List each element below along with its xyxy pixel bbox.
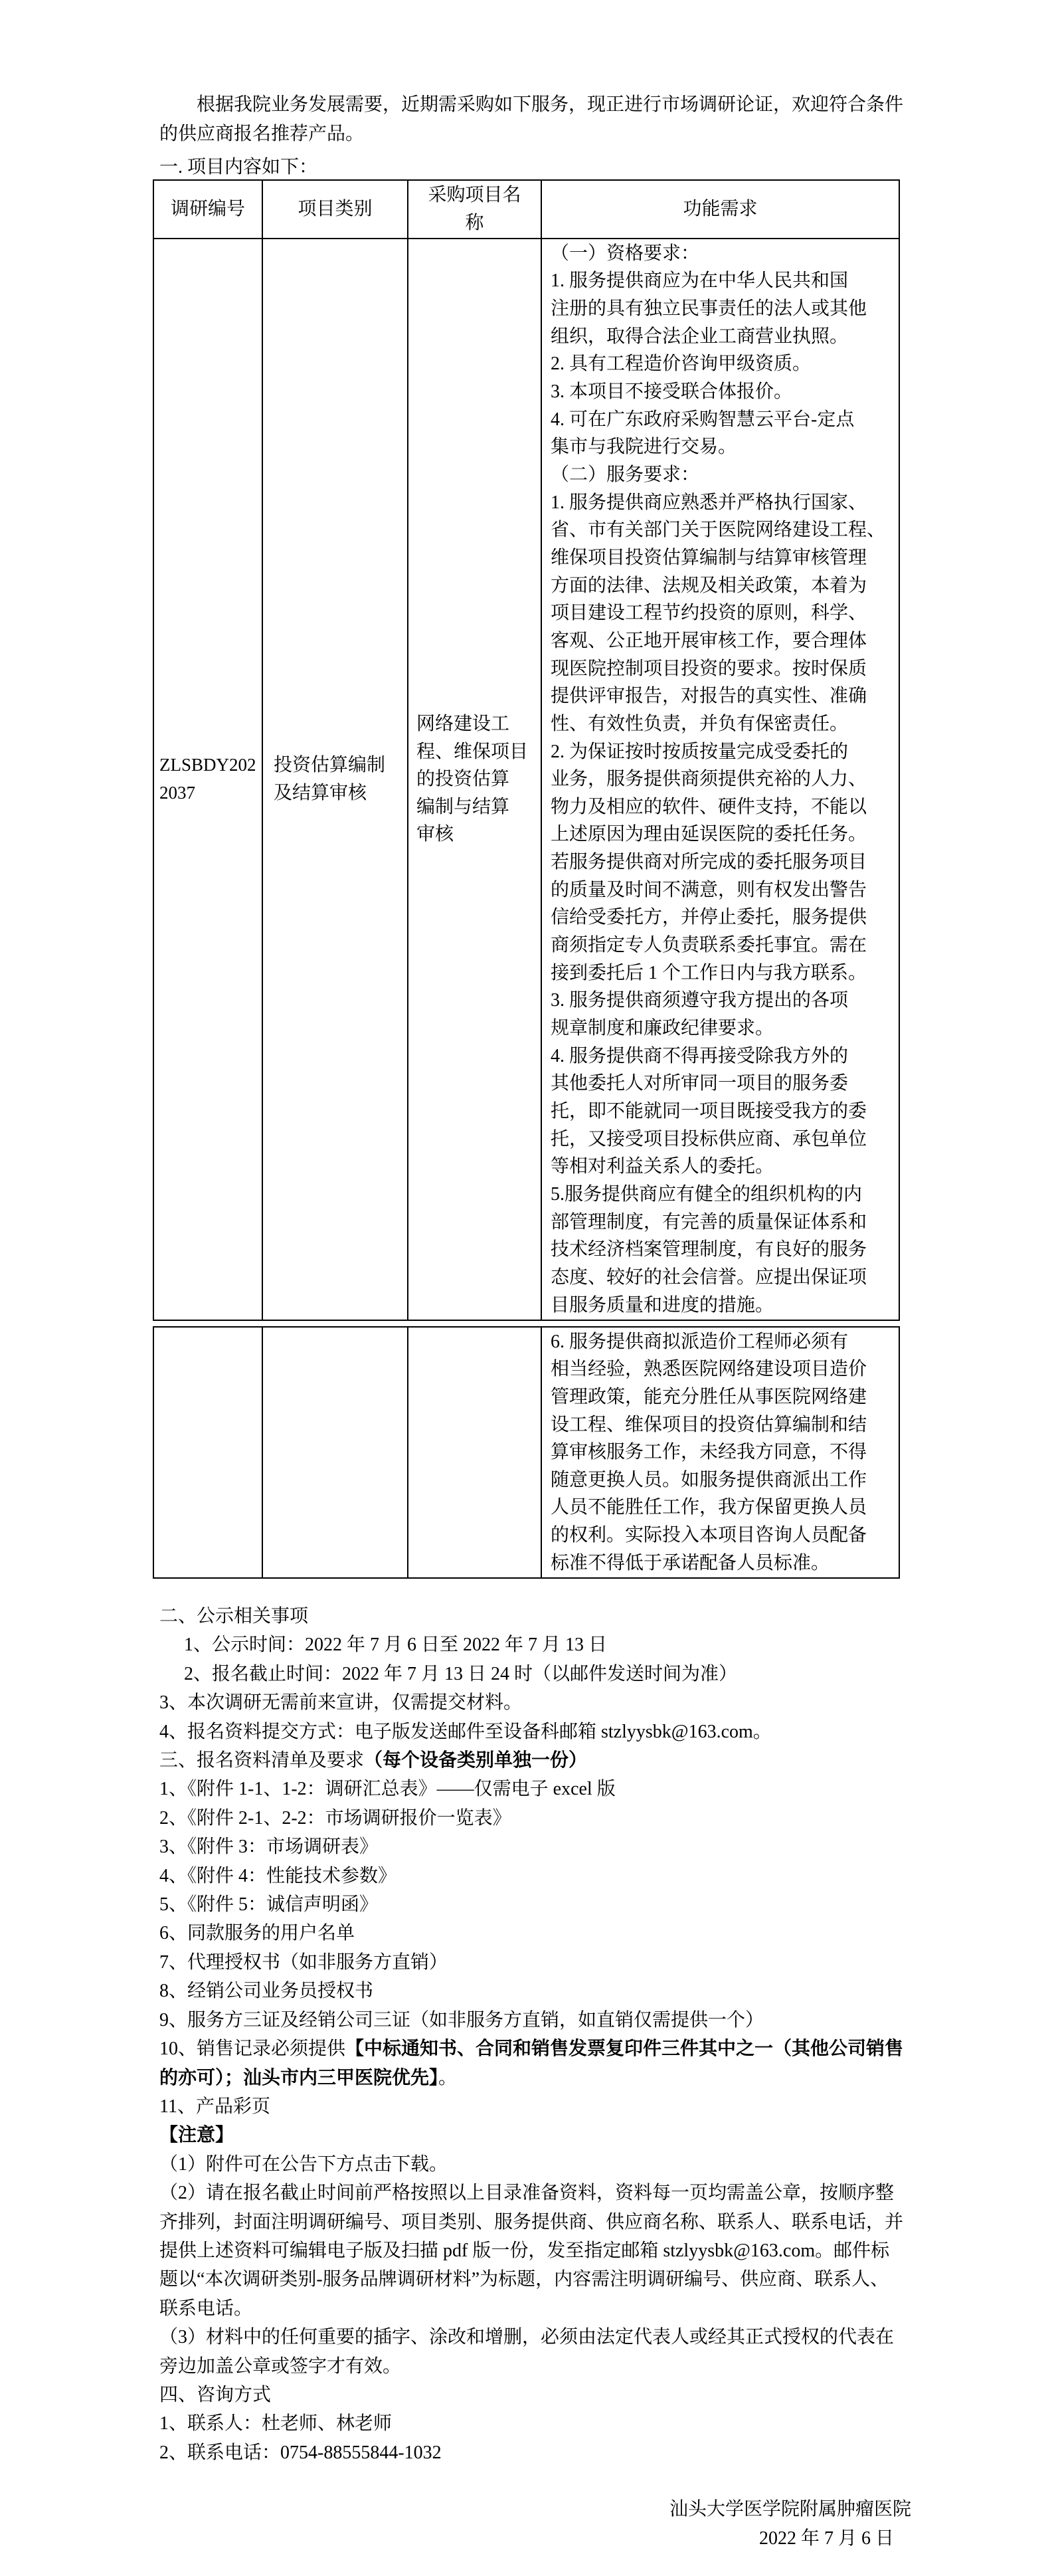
contact-person-line: 1、联系人：杜老师、林老师	[159, 2409, 911, 2438]
section-3-title: 三、报名资料清单及要求（每个设备类别单独一份）	[159, 1746, 911, 1775]
note-paragraph: （2）请在报名截止时间前严格按照以上目录准备资料，资料每一页均需盖公章，按顺序整…	[159, 2179, 911, 2323]
notice-label: 【注意】	[159, 2121, 911, 2149]
list-item: 6、同款服务的用户名单	[159, 1919, 911, 1947]
header-cell-category: 项目类别	[262, 180, 408, 239]
header-cell-survey-id: 调研编号	[153, 180, 262, 239]
cell-requirements-continued: 6. 服务提供商拟派造价工程师必须有 相当经验，熟悉医院网络建设项目造价 管理政…	[541, 1327, 899, 1578]
cell-category: 投资估算编制 及结算审核	[262, 239, 408, 1320]
note-paragraph: （3）材料中的任何重要的插字、涂改和增删，必须由法定代表人或经其正式授权的代表在…	[159, 2323, 911, 2381]
list-item: 8、经销公司业务员授权书	[159, 1977, 911, 2005]
table-row: ZLSBDY202 2037 投资估算编制 及结算审核 网络建设工 程、维保项目…	[153, 239, 899, 1320]
cell-category-empty	[262, 1327, 408, 1578]
section-1-title: 一. 项目内容如下：	[159, 154, 911, 181]
list-item: 11、产品彩页	[159, 2092, 911, 2121]
list-item: 9、服务方三证及经销公司三证（如非服务方直销，如直销仅需提供一个）	[159, 2006, 911, 2034]
table-header-row: 调研编号 项目类别 采购项目名 称 功能需求	[153, 180, 899, 239]
section-3-title-text: 三、报名资料清单及要求	[159, 1750, 364, 1771]
list-item: 3、本次调研无需前来宣讲，仅需提交材料。	[159, 1688, 911, 1717]
cell-project-name-empty	[408, 1327, 541, 1578]
contact-phone-line: 2、联系电话：0754-88555844-1032	[159, 2438, 911, 2467]
cell-requirements: （一）资格要求： 1. 服务提供商应为在中华人民共和国 注册的具有独立民事责任的…	[541, 239, 899, 1320]
footer-date: 2022 年 7 月 6 日	[159, 2524, 911, 2553]
table-row: 6. 服务提供商拟派造价工程师必须有 相当经验，熟悉医院网络建设项目造价 管理政…	[153, 1327, 899, 1578]
document-page: { "doc": { "intro": "根据我院业务发展需要，近期需采购如下服…	[0, 0, 1054, 2576]
procurement-table-continued: 6. 服务提供商拟派造价工程师必须有 相当经验，熟悉医院网络建设项目造价 管理政…	[153, 1326, 900, 1579]
list-item: 7、代理授权书（如非服务方直销）	[159, 1948, 911, 1977]
list-item: 2、《附件 2-1、2-2：市场调研报价一览表》	[159, 1804, 911, 1833]
header-cell-requirements: 功能需求	[541, 180, 899, 239]
cell-survey-id: ZLSBDY202 2037	[153, 239, 262, 1320]
list-item: 4、《附件 4：性能技术参数》	[159, 1862, 911, 1890]
list-item: 5、《附件 5：诚信声明函》	[159, 1890, 911, 1919]
footer-org: 汕头大学医学院附属肿瘤医院	[159, 2495, 911, 2524]
cell-project-name: 网络建设工 程、维保项目 的投资估算 编制与结算 审核	[408, 239, 541, 1320]
document-content: 根据我院业务发展需要，近期需采购如下服务，现正进行市场调研论证，欢迎符合条件 的…	[0, 0, 1054, 2553]
list-item: 1、《附件 1-1、1-2：调研汇总表》——仅需电子 excel 版	[159, 1775, 911, 1803]
list-item: 2、报名截止时间：2022 年 7 月 13 日 24 时（以邮件发送时间为准）	[159, 1660, 911, 1688]
section-3-title-bold: （每个设备类别单独一份）	[364, 1750, 587, 1771]
section-4-title: 四、咨询方式	[159, 2381, 911, 2409]
cell-survey-id-empty	[153, 1327, 262, 1578]
list-item: 1、公示时间：2022 年 7 月 6 日至 2022 年 7 月 13 日	[159, 1631, 911, 1659]
list-item: 4、报名资料提交方式：电子版发送邮件至设备科邮箱 stzlyysbk@163.c…	[159, 1718, 911, 1746]
list-item-sales-record: 10、销售记录必须提供【中标通知书、合同和销售发票复印件三件其中之一（其他公司销…	[159, 2034, 911, 2092]
item10-suffix: 。	[438, 2068, 457, 2088]
note-paragraph: （1）附件可在公告下方点击下载。	[159, 2150, 911, 2179]
item10-prefix: 10、销售记录必须提供	[159, 2038, 345, 2059]
intro-paragraph: 根据我院业务发展需要，近期需采购如下服务，现正进行市场调研论证，欢迎符合条件 的…	[159, 90, 911, 149]
procurement-table: 调研编号 项目类别 采购项目名 称 功能需求 ZLSBDY202 2037 投资…	[153, 179, 900, 1321]
header-cell-project-name: 采购项目名 称	[408, 180, 541, 239]
section-2-title: 二、公示相关事项	[159, 1602, 911, 1631]
document-footer: 汕头大学医学院附属肿瘤医院 2022 年 7 月 6 日	[159, 2495, 911, 2553]
list-item: 3、《附件 3：市场调研表》	[159, 1833, 911, 1861]
